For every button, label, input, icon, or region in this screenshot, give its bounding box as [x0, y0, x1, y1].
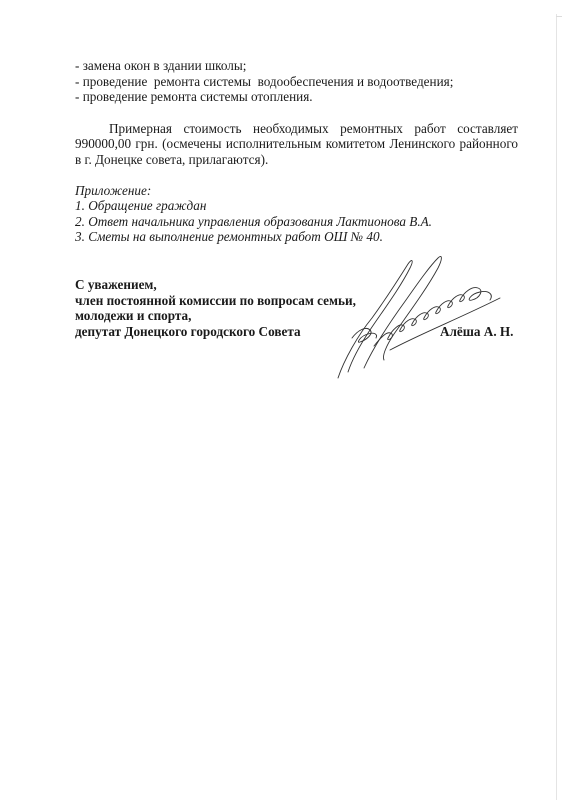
document-body: - замена окон в здании школы; - проведен…	[75, 58, 518, 245]
attachment-item: 1. Обращение граждан	[75, 198, 518, 214]
attachments-heading: Приложение:	[75, 183, 518, 199]
list-item: - проведение ремонта системы отопления.	[75, 89, 518, 105]
repair-list: - замена окон в здании школы; - проведен…	[75, 58, 518, 105]
attachment-item: 2. Ответ начальника управления образован…	[75, 214, 518, 230]
page-edge-line	[556, 14, 557, 800]
cost-paragraph: Примерная стоимость необходимых ремонтны…	[75, 121, 518, 168]
attachments-section: Приложение: 1. Обращение граждан 2. Отве…	[75, 183, 518, 245]
list-item: - проведение ремонта системы водообеспеч…	[75, 74, 518, 90]
handwritten-signature-icon	[330, 250, 510, 385]
page-edge-mark	[556, 16, 562, 17]
attachment-item: 3. Сметы на выполнение ремонтных работ О…	[75, 229, 518, 245]
list-item: - замена окон в здании школы;	[75, 58, 518, 74]
